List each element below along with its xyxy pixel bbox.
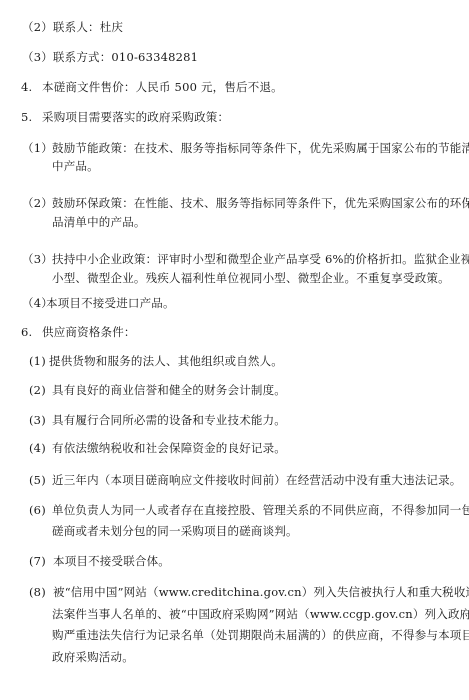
contact-person: （2）联系人：杜庆	[22, 20, 123, 34]
section-6-number: 6.	[21, 325, 32, 339]
qualification-3-number: (3)	[29, 413, 46, 427]
section-6-title: 供应商资格条件：	[42, 325, 136, 339]
qualification-2-number: (2)	[29, 383, 46, 397]
section-4-number: 4.	[21, 80, 32, 94]
section-5-number: 5.	[21, 110, 32, 124]
policy-3-number: （3）	[22, 252, 53, 266]
qualification-7-number: (7)	[29, 554, 46, 568]
qualification-4-text: 有依法缴纳税收和社会保障资金的良好记录。	[52, 441, 286, 455]
qualification-8-line-2: 法案件当事人名单的、被“中国政府采购网”网站（www.ccgp.gov.cn）列…	[52, 607, 469, 621]
policy-3-line-2: 小型、微型企业。残疾人福利性单位视同小型、微型企业。不重复享受政策。	[52, 271, 450, 285]
qualification-8-line-4: 政府采购活动。	[52, 650, 134, 664]
qualification-5-text: 近三年内（本项目磋商响应文件接收时间前）在经营活动中没有重大违法记录。	[52, 473, 462, 487]
policy-1-line-1: 鼓励节能政策：在技术、服务等指标同等条件下，优先采购属于国家公布的节能清单	[52, 141, 469, 155]
policy-2-line-2: 品清单中的产品。	[52, 215, 146, 229]
policy-1-number: （1）	[22, 141, 53, 155]
qualification-8-line-1: 被“信用中国”网站（www.creditchina.gov.cn）列入失信被执行…	[53, 585, 469, 599]
qualification-8-line-3: 购严重违法失信行为记录名单（处罚期限尚未届满的）的供应商，不得参与本项目的	[52, 628, 469, 642]
qualification-6-line-1: 单位负责人为同一人或者存在直接控股、管理关系的不同供应商，不得参加同一包的	[52, 503, 469, 517]
section-4-text: 本磋商文件售价：人民币 500 元，售后不退。	[42, 80, 283, 94]
qualification-6-line-2: 磋商或者未划分包的同一采购项目的磋商谈判。	[52, 524, 298, 538]
policy-2-line-1: 鼓励环保政策：在性能、技术、服务等指标同等条件下，优先采购国家公布的环保产	[52, 196, 469, 210]
policy-1-line-2: 中产品。	[52, 159, 99, 173]
qualification-3-text: 具有履行合同所必需的设备和专业技术能力。	[52, 413, 286, 427]
contact-phone: （3）联系方式：010-63348281	[22, 50, 198, 64]
policy-2-number: （2）	[22, 196, 53, 210]
qualification-5-number: (5)	[29, 473, 46, 487]
section-5-title: 采购项目需要落实的政府采购政策：	[42, 110, 229, 124]
qualification-7-text: 本项目不接受联合体。	[53, 554, 170, 568]
policy-3-line-1: 扶持中小企业政策：评审时小型和微型企业产品享受 6%的价格折扣。监狱企业视同	[52, 252, 469, 266]
qualification-6-number: (6)	[29, 503, 46, 517]
qualification-1-text: 提供货物和服务的法人、其他组织或自然人。	[49, 354, 283, 368]
qualification-2-text: 具有良好的商业信誉和健全的财务会计制度。	[52, 383, 286, 397]
qualification-1-number: (1)	[29, 354, 46, 368]
policy-4-text: 本项目不接受进口产品。	[46, 296, 175, 310]
qualification-4-number: (4)	[29, 441, 46, 455]
qualification-8-number: (8)	[29, 585, 46, 599]
